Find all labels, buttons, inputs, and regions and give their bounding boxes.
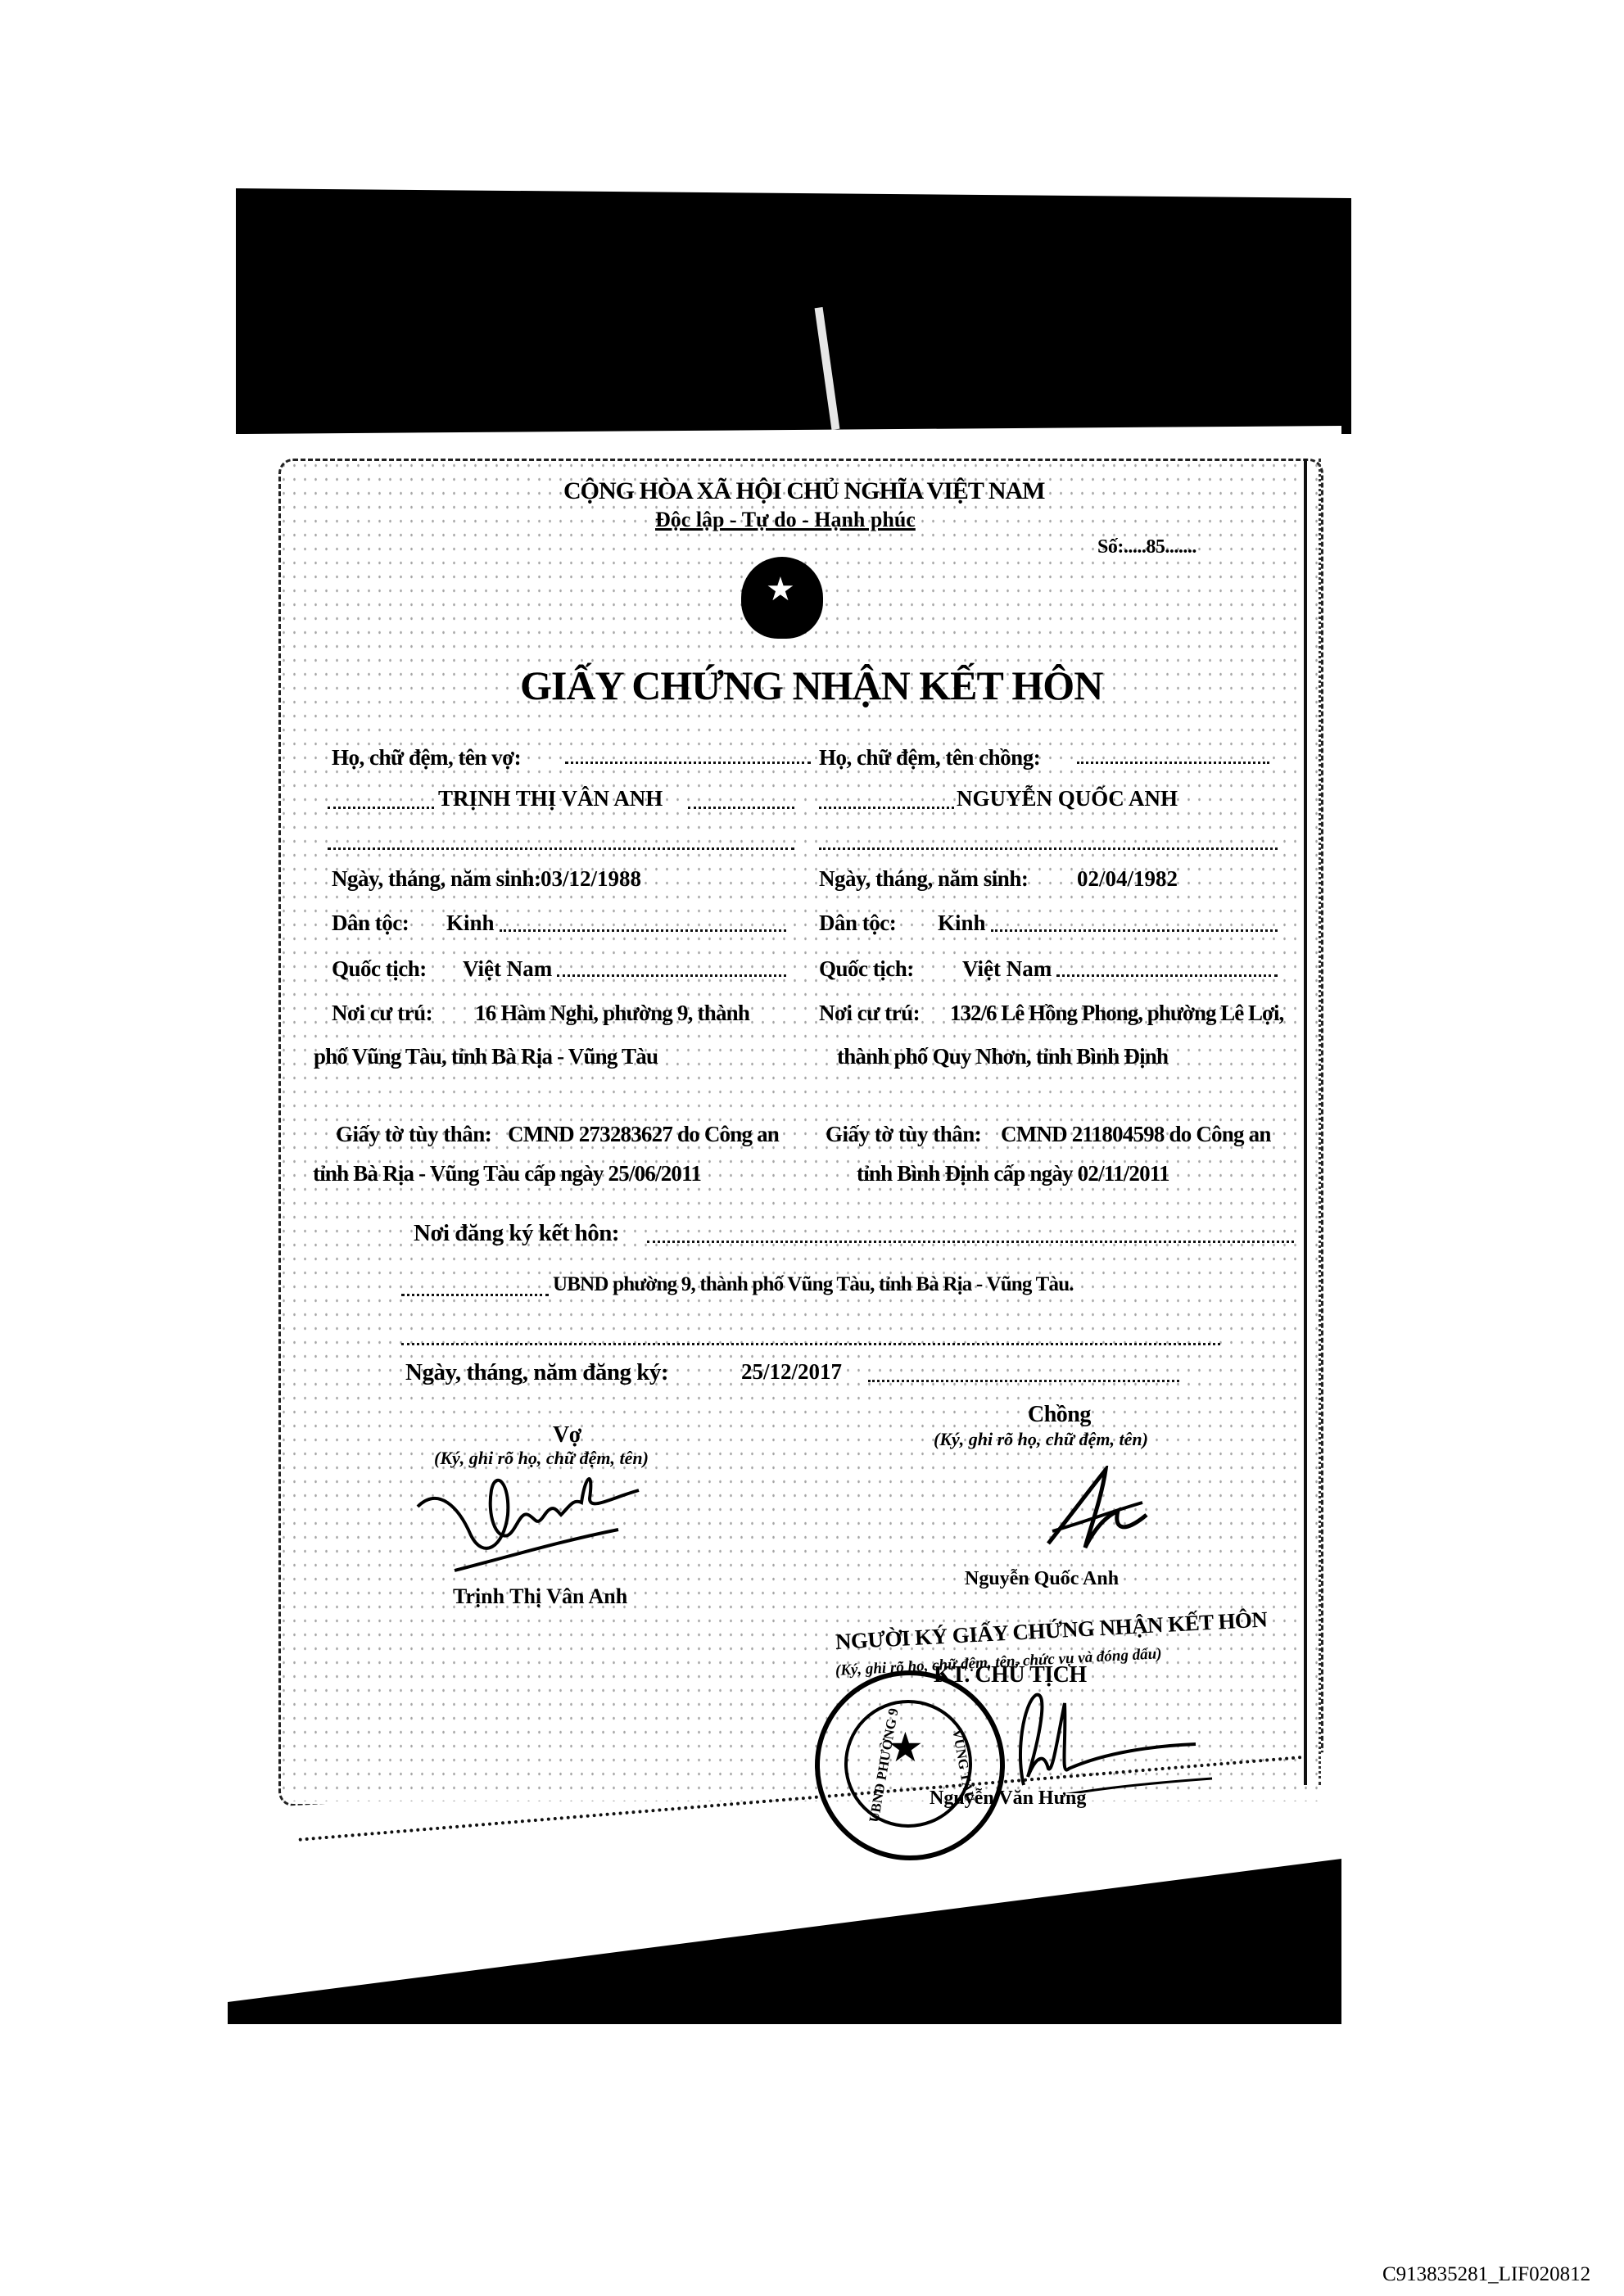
scan-shadow-top (236, 188, 1351, 434)
wife-dob-label: Ngày, tháng, năm sinh: (332, 866, 541, 892)
wife-signature-heading: Vợ (553, 1422, 581, 1449)
wife-nationality-label: Quốc tịch: (332, 956, 427, 982)
national-motto: Độc lập - Tự do - Hạnh phúc (655, 508, 916, 532)
wife-residence-line2: phố Vũng Tàu, tỉnh Bà Rịa - Vũng Tàu (314, 1044, 658, 1069)
husband-name: NGUYỄN QUỐC ANH (957, 786, 1178, 811)
official-seal: ★ UBND PHƯỜNG 9 VŨNG TÀU (815, 1670, 1005, 1860)
dotted-line (991, 929, 1278, 932)
dotted-line (328, 847, 794, 850)
dotted-line (500, 929, 786, 932)
wife-residence-label: Nơi cư trú: (332, 1001, 432, 1026)
wife-nationality: Việt Nam (463, 956, 552, 982)
wife-ethnicity: Kinh (446, 911, 495, 936)
wife-dob: 03/12/1988 (541, 866, 641, 892)
document-title: GIẤY CHỨNG NHẬN KẾT HÔN (520, 662, 1102, 709)
number-value: 85 (1146, 536, 1165, 558)
signer-signature (1007, 1687, 1245, 1793)
wife-name-label: Họ, chữ đệm, tên vợ: (332, 745, 521, 771)
certificate-number: Số:.....85....... (1097, 536, 1197, 558)
wife-id-line2: tỉnh Bà Rịa - Vũng Tàu cấp ngày 25/06/20… (313, 1161, 701, 1186)
husband-id-line2: tỉnh Bình Định cấp ngày 02/11/2011 (857, 1161, 1169, 1186)
husband-ethnicity: Kinh (938, 911, 986, 936)
husband-signature (1040, 1466, 1155, 1556)
wife-ethnicity-label: Dân tộc: (332, 911, 409, 936)
husband-nationality: Việt Nam (962, 956, 1052, 982)
number-label: Số: (1097, 536, 1124, 558)
wife-name: TRỊNH THỊ VÂN ANH (438, 786, 663, 811)
dotted-line (1056, 974, 1278, 977)
wife-residence-line1: 16 Hàm Nghi, phường 9, thành (475, 1001, 749, 1026)
husband-id-label: Giấy tờ tùy thân: (826, 1122, 981, 1147)
dotted-line (557, 974, 786, 977)
registration-date-label: Ngày, tháng, năm đăng ký: (405, 1359, 668, 1386)
dotted-line (647, 1241, 1294, 1243)
dotted-line (688, 807, 794, 809)
wife-id-line1: CMND 273283627 do Công an (508, 1122, 779, 1147)
husband-signature-heading: Chồng (1028, 1402, 1091, 1428)
wife-id-label: Giấy tờ tùy thân: (336, 1122, 491, 1147)
registration-place: UBND phường 9, thành phố Vũng Tàu, tỉnh … (553, 1273, 1074, 1296)
husband-printed-name: Nguyễn Quốc Anh (965, 1568, 1119, 1590)
husband-residence-line1: 132/6 Lê Hồng Phong, phường Lê Lợi, (950, 1001, 1283, 1026)
signer-printed-name: Nguyễn Văn Hưng (930, 1788, 1086, 1810)
national-emblem-icon: ★ (741, 557, 823, 639)
husband-id-line1: CMND 211804598 do Công an (1001, 1122, 1271, 1147)
dotted-line (819, 807, 954, 809)
husband-residence-label: Nơi cư trú: (819, 1001, 920, 1026)
registration-place-label: Nơi đăng ký kết hôn: (414, 1220, 619, 1247)
dotted-line (328, 807, 434, 809)
dotted-line (401, 1343, 1220, 1345)
husband-signature-instruction: (Ký, ghi rõ họ, chữ đệm, tên) (934, 1429, 1148, 1450)
national-title: CỘNG HÒA XÃ HỘI CHỦ NGHĨA VIỆT NAM (563, 477, 1044, 505)
husband-name-label: Họ, chữ đệm, tên chồng: (819, 745, 1040, 771)
husband-dob-label: Ngày, tháng, năm sinh: (819, 866, 1028, 892)
wife-signature (414, 1466, 651, 1580)
certificate-border-right (1304, 459, 1321, 1785)
registration-date: 25/12/2017 (741, 1359, 842, 1385)
wife-printed-name: Trịnh Thị Vân Anh (453, 1584, 627, 1609)
husband-residence-line2: thành phố Quy Nhơn, tỉnh Bình Định (837, 1044, 1168, 1069)
scan-shadow-bottom (228, 1859, 1341, 2024)
dotted-line (819, 847, 1278, 850)
husband-ethnicity-label: Dân tộc: (819, 911, 896, 936)
dotted-line (565, 762, 811, 764)
dotted-line (868, 1380, 1179, 1382)
husband-dob: 02/04/1982 (1077, 866, 1178, 892)
document-code: C913835281_LIF020812 (1382, 2263, 1590, 2286)
husband-nationality-label: Quốc tịch: (819, 956, 914, 982)
dotted-line (401, 1294, 549, 1296)
dotted-line (1077, 762, 1269, 764)
